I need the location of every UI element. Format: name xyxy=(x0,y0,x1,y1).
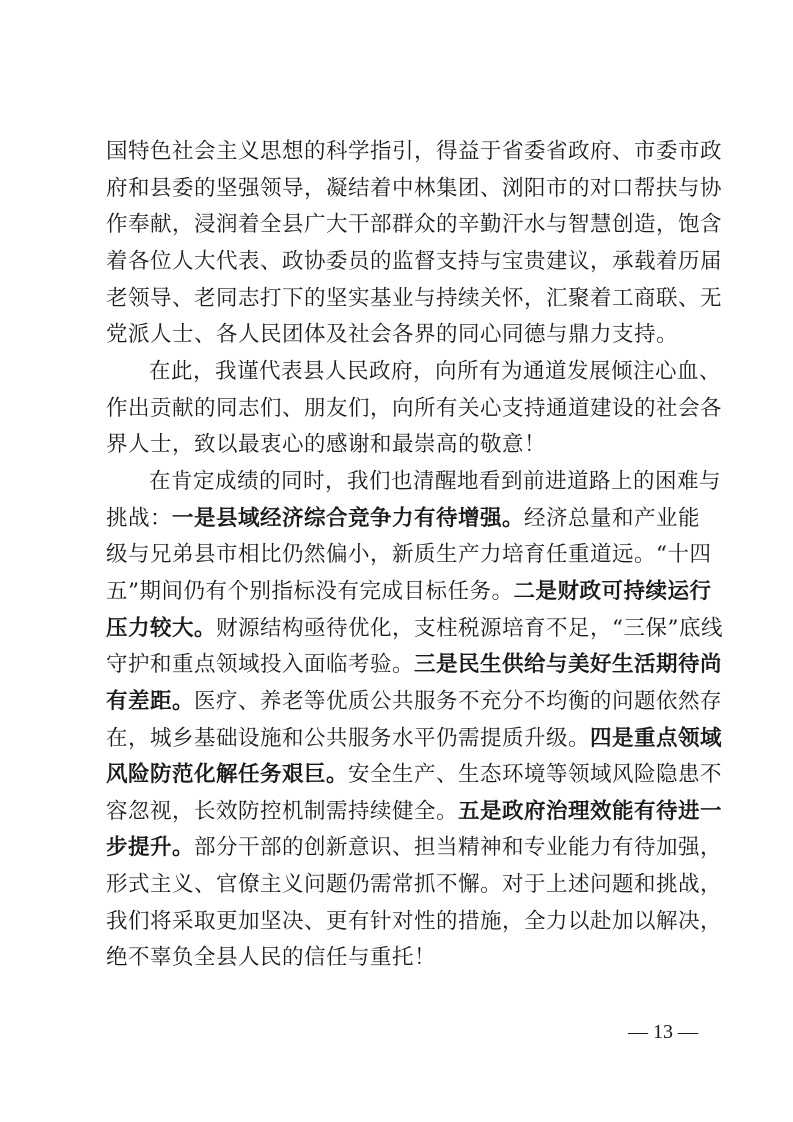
text-line: 作出贡献的同志们、朋友们，向所有关心支持通道建设的社会各 xyxy=(106,391,694,428)
text-line: 挑战：一是县域经济综合竞争力有待增强。经济总量和产业能 xyxy=(106,501,694,538)
bold-heading-text: 二是财政可持续运行 xyxy=(514,579,712,604)
text-line: 绝不辜负全县人民的信任与重托！ xyxy=(106,940,694,977)
text-line: 在，城乡基础设施和公共服务水平仍需提质升级。四是重点领域 xyxy=(106,721,694,758)
body-text-run: 经济总量和产业能 xyxy=(524,506,700,531)
text-line: 我们将采取更加坚决、更有针对性的措施，全力以赴加以解决， xyxy=(106,904,694,941)
text-line: 作奉献，浸润着全县广大干部群众的辛勤汗水与智慧创造，饱含 xyxy=(106,207,694,244)
text-line: 形式主义、官僚主义问题仍需常抓不懈。对于上述问题和挑战， xyxy=(106,867,694,904)
body-text-run: 部分干部的创新意识、担当精神和专业能力有待加强， xyxy=(194,835,722,860)
body-text-run: 府和县委的坚强领导，凝结着中林集团、浏阳市的对口帮扶与协 xyxy=(106,176,722,201)
body-text-run: 党派人士、各人民团体及社会各界的同心同德与鼎力支持。 xyxy=(106,322,678,347)
bold-heading-text: 四是重点领域 xyxy=(590,726,722,751)
bold-heading-text: 有差距。 xyxy=(106,689,194,714)
body-text-run: 容忽视，长效防控机制需持续健全。 xyxy=(106,799,458,824)
body-text-run: 安全生产、生态环境等领域风险隐患不 xyxy=(348,762,722,787)
text-line: 府和县委的坚强领导，凝结着中林集团、浏阳市的对口帮扶与协 xyxy=(106,171,694,208)
text-line: 老领导、老同志打下的坚实基业与持续关怀，汇聚着工商联、无 xyxy=(106,281,694,318)
body-text-run: 老领导、老同志打下的坚实基业与持续关怀，汇聚着工商联、无 xyxy=(106,286,722,311)
body-text: 国特色社会主义思想的科学指引，得益于省委省政府、市委市政府和县委的坚强领导，凝结… xyxy=(106,134,694,977)
body-text-run: 作出贡献的同志们、朋友们，向所有关心支持通道建设的社会各 xyxy=(106,396,722,421)
text-line: 守护和重点领域投入面临考验。三是民生供给与美好生活期待尚 xyxy=(106,647,694,684)
text-line: 在此，我谨代表县人民政府，向所有为通道发展倾注心血、 xyxy=(106,354,694,391)
text-line: 着各位人大代表、政协委员的监督支持与宝贵建议，承载着历届 xyxy=(106,244,694,281)
text-line: 级与兄弟县市相比仍然偏小，新质生产力培育任重道远。“十四 xyxy=(106,537,694,574)
body-text-run: 在此，我谨代表县人民政府，向所有为通道发展倾注心血、 xyxy=(149,359,721,384)
bold-heading-text: 压力较大。 xyxy=(106,616,216,641)
text-line: 风险防范化解任务艰巨。安全生产、生态环境等领域风险隐患不 xyxy=(106,757,694,794)
bold-heading-text: 步提升。 xyxy=(106,835,194,860)
body-text-run: 界人士，致以最衷心的感谢和最崇高的敬意！ xyxy=(106,432,546,457)
text-line: 国特色社会主义思想的科学指引，得益于省委省政府、市委市政 xyxy=(106,134,694,171)
text-line: 在肯定成绩的同时，我们也清醒地看到前进道路上的困难与 xyxy=(106,464,694,501)
bold-heading-text: 一是县域经济综合竞争力有待增强。 xyxy=(172,506,524,531)
paragraph: 在此，我谨代表县人民政府，向所有为通道发展倾注心血、作出贡献的同志们、朋友们，向… xyxy=(106,354,694,464)
body-text-run: 在，城乡基础设施和公共服务水平仍需提质升级。 xyxy=(106,726,590,751)
body-text-run: 作奉献，浸润着全县广大干部群众的辛勤汗水与智慧创造，饱含 xyxy=(106,212,722,237)
text-line: 界人士，致以最衷心的感谢和最崇高的敬意！ xyxy=(106,427,694,464)
text-line: 党派人士、各人民团体及社会各界的同心同德与鼎力支持。 xyxy=(106,317,694,354)
paragraph: 国特色社会主义思想的科学指引，得益于省委省政府、市委市政府和县委的坚强领导，凝结… xyxy=(106,134,694,354)
document-page: 国特色社会主义思想的科学指引，得益于省委省政府、市委市政府和县委的坚强领导，凝结… xyxy=(0,0,793,1122)
bold-heading-text: 风险防范化解任务艰巨。 xyxy=(106,762,348,787)
body-text-run: 形式主义、官僚主义问题仍需常抓不懈。对于上述问题和挑战， xyxy=(106,872,722,897)
body-text-run: 国特色社会主义思想的科学指引，得益于省委省政府、市委市政 xyxy=(106,139,722,164)
body-text-run: 医疗、养老等优质公共服务不充分不均衡的问题依然存 xyxy=(194,689,722,714)
body-text-run: 在肯定成绩的同时，我们也清醒地看到前进道路上的困难与 xyxy=(149,469,721,494)
body-text-run: 守护和重点领域投入面临考验。 xyxy=(106,652,414,677)
text-line: 有差距。医疗、养老等优质公共服务不充分不均衡的问题依然存 xyxy=(106,684,694,721)
body-text-run: 级与兄弟县市相比仍然偏小，新质生产力培育任重道远。“十四 xyxy=(106,542,712,567)
bold-heading-text: 三是民生供给与美好生活期待尚 xyxy=(414,652,722,677)
paragraph: 在肯定成绩的同时，我们也清醒地看到前进道路上的困难与挑战：一是县域经济综合竞争力… xyxy=(106,464,694,977)
page-number: — 13 — xyxy=(618,1021,698,1044)
text-line: 压力较大。财源结构亟待优化，支柱税源培育不足，“三保”底线 xyxy=(106,611,694,648)
body-text-run: 绝不辜负全县人民的信任与重托！ xyxy=(106,945,436,970)
text-line: 容忽视，长效防控机制需持续健全。五是政府治理效能有待进一 xyxy=(106,794,694,831)
body-text-run: 五”期间仍有个别指标没有完成目标任务。 xyxy=(106,579,514,604)
body-text-run: 我们将采取更加坚决、更有针对性的措施，全力以赴加以解决， xyxy=(106,909,722,934)
body-text-run: 财源结构亟待优化，支柱税源培育不足，“三保”底线 xyxy=(216,616,723,641)
text-line: 步提升。部分干部的创新意识、担当精神和专业能力有待加强， xyxy=(106,830,694,867)
body-text-run: 着各位人大代表、政协委员的监督支持与宝贵建议，承载着历届 xyxy=(106,249,722,274)
text-line: 五”期间仍有个别指标没有完成目标任务。二是财政可持续运行 xyxy=(106,574,694,611)
body-text-run: 挑战： xyxy=(106,506,172,531)
bold-heading-text: 五是政府治理效能有待进一 xyxy=(458,799,722,824)
